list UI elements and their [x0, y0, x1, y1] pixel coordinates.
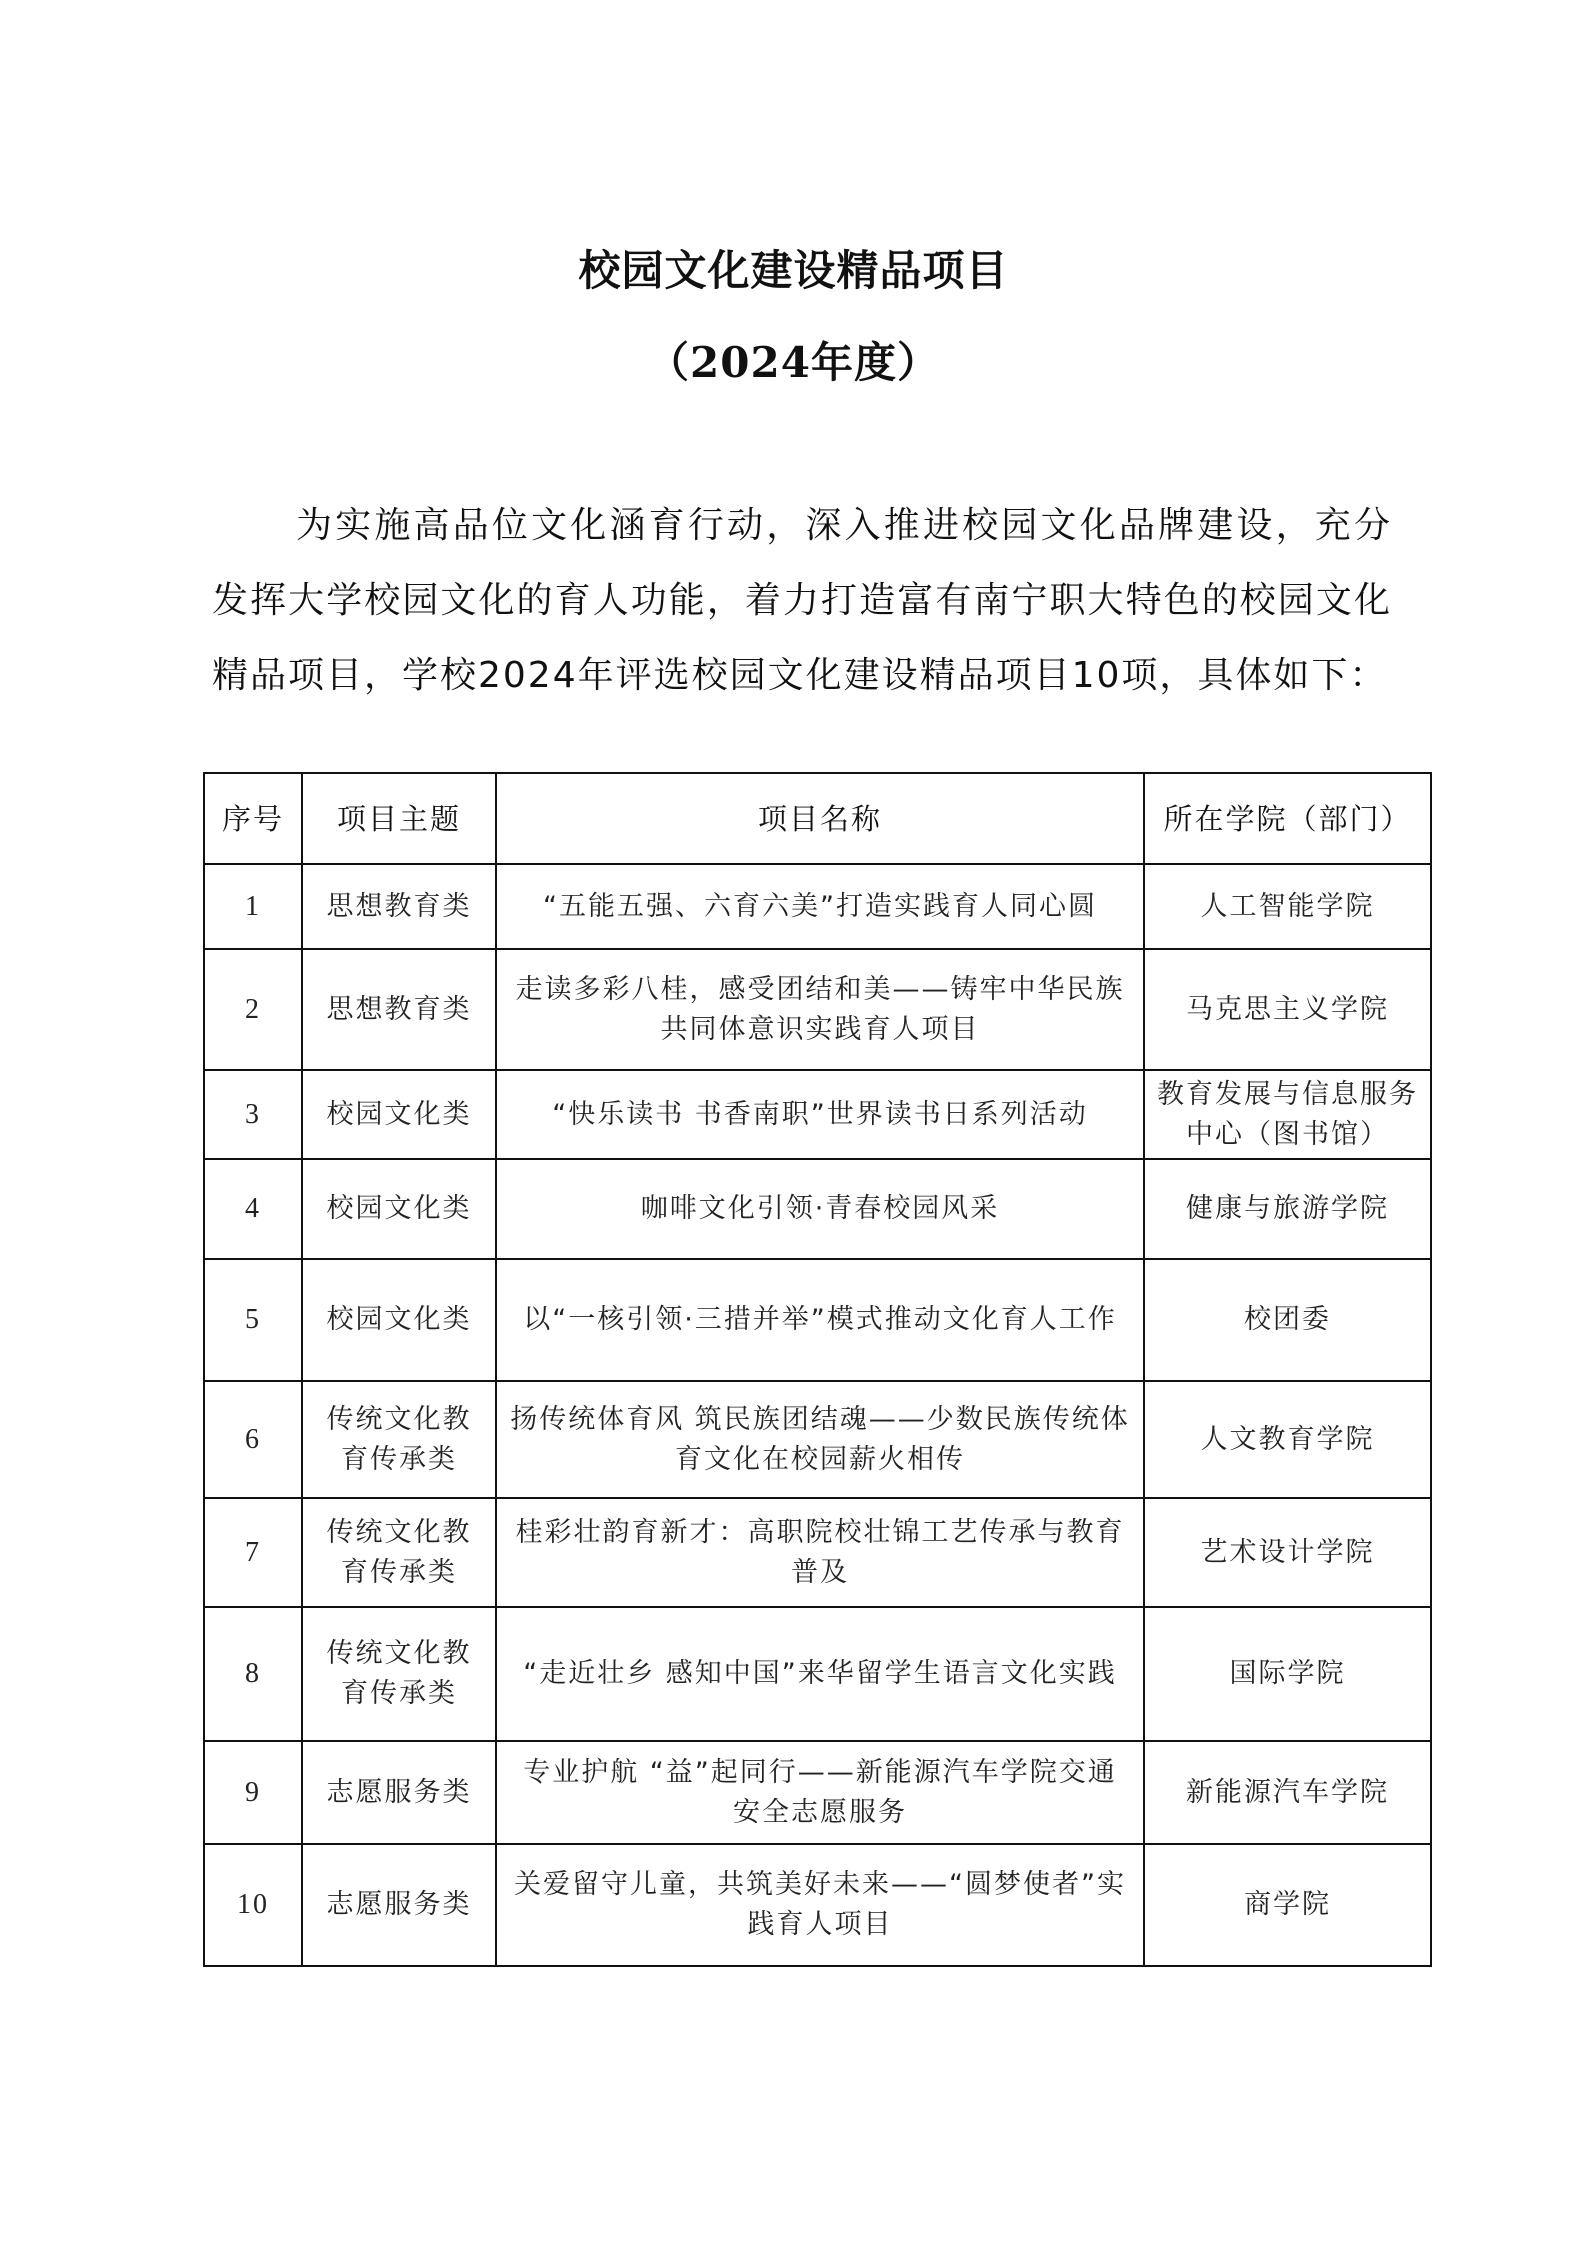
row-name: 以“一核引领·三措并举”模式推动文化育人工作	[496, 1259, 1144, 1381]
row-dept: 人文教育学院	[1144, 1381, 1431, 1498]
row-theme: 校园文化类	[302, 1259, 496, 1381]
table-row: 10 志愿服务类 关爱留守儿童，共筑美好未来——“圆梦使者”实践育人项目 商学院	[204, 1844, 1431, 1966]
row-theme: 思想教育类	[302, 864, 496, 949]
table-header-row: 序号 项目主题 项目名称 所在学院（部门）	[204, 773, 1431, 864]
row-theme: 志愿服务类	[302, 1844, 496, 1966]
table-row: 8 传统文化教育传承类 “走近壮乡 感知中国”来华留学生语言文化实践 国际学院	[204, 1607, 1431, 1741]
row-no: 8	[204, 1607, 302, 1741]
row-name: 专业护航 “益”起同行——新能源汽车学院交通安全志愿服务	[496, 1741, 1144, 1844]
row-no: 2	[204, 949, 302, 1070]
row-dept: 商学院	[1144, 1844, 1431, 1966]
row-name: “五能五强、六育六美”打造实践育人同心圆	[496, 864, 1144, 949]
row-dept: 健康与旅游学院	[1144, 1159, 1431, 1259]
row-name: 桂彩壮韵育新才：高职院校壮锦工艺传承与教育普及	[496, 1498, 1144, 1607]
table-row: 4 校园文化类 咖啡文化引领·青春校园风采 健康与旅游学院	[204, 1159, 1431, 1259]
header-name: 项目名称	[496, 773, 1144, 864]
header-dept: 所在学院（部门）	[1144, 773, 1431, 864]
row-no: 4	[204, 1159, 302, 1259]
row-theme: 传统文化教育传承类	[302, 1498, 496, 1607]
row-dept: 人工智能学院	[1144, 864, 1431, 949]
header-no: 序号	[204, 773, 302, 864]
row-no: 7	[204, 1498, 302, 1607]
row-dept: 教育发展与信息服务中心（图书馆）	[1144, 1070, 1431, 1159]
row-no: 1	[204, 864, 302, 949]
table-row: 9 志愿服务类 专业护航 “益”起同行——新能源汽车学院交通安全志愿服务 新能源…	[204, 1741, 1431, 1844]
row-no: 3	[204, 1070, 302, 1159]
row-no: 9	[204, 1741, 302, 1844]
row-dept: 马克思主义学院	[1144, 949, 1431, 1070]
document-title: 校园文化建设精品项目	[0, 238, 1587, 298]
row-theme: 校园文化类	[302, 1159, 496, 1259]
table-row: 5 校园文化类 以“一核引领·三措并举”模式推动文化育人工作 校团委	[204, 1259, 1431, 1381]
row-theme: 思想教育类	[302, 949, 496, 1070]
row-name: 关爱留守儿童，共筑美好未来——“圆梦使者”实践育人项目	[496, 1844, 1144, 1966]
row-name: “快乐读书 书香南职”世界读书日系列活动	[496, 1070, 1144, 1159]
row-name: “走近壮乡 感知中国”来华留学生语言文化实践	[496, 1607, 1144, 1741]
row-no: 6	[204, 1381, 302, 1498]
row-dept: 艺术设计学院	[1144, 1498, 1431, 1607]
table-row: 6 传统文化教育传承类 扬传统体育风 筑民族团结魂——少数民族传统体育文化在校园…	[204, 1381, 1431, 1498]
table-row: 3 校园文化类 “快乐读书 书香南职”世界读书日系列活动 教育发展与信息服务中心…	[204, 1070, 1431, 1159]
table-row: 1 思想教育类 “五能五强、六育六美”打造实践育人同心圆 人工智能学院	[204, 864, 1431, 949]
row-dept: 国际学院	[1144, 1607, 1431, 1741]
row-dept: 校团委	[1144, 1259, 1431, 1381]
row-name: 咖啡文化引领·青春校园风采	[496, 1159, 1144, 1259]
row-theme: 校园文化类	[302, 1070, 496, 1159]
row-theme: 传统文化教育传承类	[302, 1607, 496, 1741]
row-name: 走读多彩八桂，感受团结和美——铸牢中华民族共同体意识实践育人项目	[496, 949, 1144, 1070]
row-theme: 传统文化教育传承类	[302, 1381, 496, 1498]
row-no: 5	[204, 1259, 302, 1381]
row-no: 10	[204, 1844, 302, 1966]
header-theme: 项目主题	[302, 773, 496, 864]
projects-table: 序号 项目主题 项目名称 所在学院（部门） 1 思想教育类 “五能五强、六育六美…	[203, 772, 1432, 1967]
row-theme: 志愿服务类	[302, 1741, 496, 1844]
table-row: 2 思想教育类 走读多彩八桂，感受团结和美——铸牢中华民族共同体意识实践育人项目…	[204, 949, 1431, 1070]
document-subtitle: （2024年度）	[0, 330, 1587, 390]
row-dept: 新能源汽车学院	[1144, 1741, 1431, 1844]
table-row: 7 传统文化教育传承类 桂彩壮韵育新才：高职院校壮锦工艺传承与教育普及 艺术设计…	[204, 1498, 1431, 1607]
row-name: 扬传统体育风 筑民族团结魂——少数民族传统体育文化在校园薪火相传	[496, 1381, 1144, 1498]
intro-paragraph: 为实施高品位文化涵育行动，深入推进校园文化品牌建设，充分发挥大学校园文化的育人功…	[212, 488, 1392, 713]
